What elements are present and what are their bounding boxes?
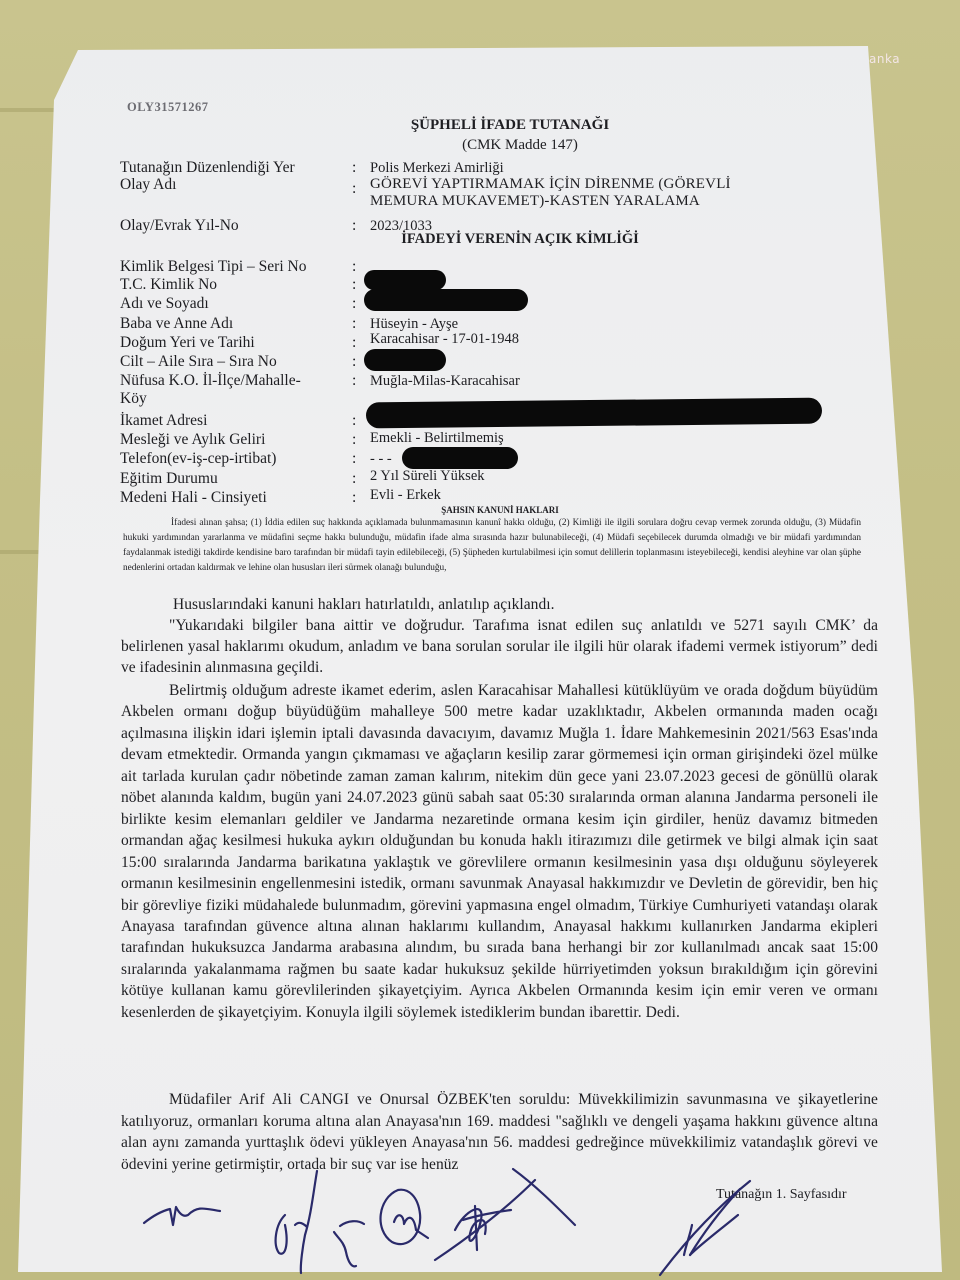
- paragraph: Müdafiler Arif Ali CANGI ve Onursal ÖZBE…: [121, 1089, 878, 1175]
- field-colon: :: [352, 315, 356, 333]
- field-value: Emekli - Belirtilmemiş: [370, 429, 504, 447]
- redaction-tc-number: [364, 270, 446, 290]
- field-label: Eğitim Durumu: [120, 470, 350, 488]
- field-value-continued: MEMURA MUKAVEMET)-KASTEN YARALAMA: [370, 192, 700, 210]
- field-value: - - -: [370, 450, 392, 468]
- field-colon: :: [352, 180, 356, 198]
- document-title: ŞÜPHELİ İFADE TUTANAĞI: [0, 117, 960, 134]
- signature-1: [140, 1185, 240, 1245]
- field-value: 2 Yıl Süreli Yüksek: [370, 467, 485, 485]
- redaction-address: [366, 398, 822, 429]
- signature-5: [505, 1165, 585, 1245]
- field-value: Evli - Erkek: [370, 486, 441, 504]
- field-colon: :: [352, 258, 356, 276]
- rights-title: ŞAHSIN KANUNİ HAKLARI: [0, 505, 960, 515]
- redaction-name: [364, 289, 528, 311]
- redaction-phone: [402, 447, 518, 469]
- field-label: Nüfusa K.O. İl-İlçe/Mahalle-: [120, 372, 350, 390]
- field-colon: :: [352, 412, 356, 430]
- field-colon: :: [352, 353, 356, 371]
- field-colon: :: [352, 159, 356, 177]
- field-colon: :: [352, 295, 356, 313]
- document-subtitle: (CMK Madde 147): [0, 137, 960, 154]
- signature-6: [650, 1175, 770, 1280]
- field-label-continued: Köy: [120, 390, 350, 408]
- field-value: Karacahisar - 17-01-1948: [370, 330, 519, 348]
- field-label: Telefon(ev-iş-cep-irtibat): [120, 450, 350, 468]
- field-value: GÖREVİ YAPTIRMAMAK İÇİN DİRENME (GÖREVLİ: [370, 175, 731, 193]
- field-label: Cilt – Aile Sıra – Sıra No: [120, 353, 350, 371]
- field-label: Baba ve Anne Adı: [120, 315, 350, 333]
- field-label: Adı ve Soyadı: [120, 295, 350, 313]
- identity-section-title: İFADEYİ VERENİN AÇIK KİMLİĞİ: [0, 231, 960, 248]
- document-number: OLY31571267: [127, 100, 208, 115]
- field-label: T.C. Kimlik No: [120, 276, 350, 294]
- paragraph: Belirtmiş olduğum adreste ikamet ederim,…: [121, 680, 878, 1023]
- field-label: Olay Adı: [120, 176, 350, 194]
- field-colon: :: [352, 450, 356, 468]
- field-label: Kimlik Belgesi Tipi – Seri No: [120, 258, 350, 276]
- field-label: Tutanağın Düzenlendiği Yer: [120, 159, 350, 177]
- field-label: Mesleği ve Aylık Geliri: [120, 431, 350, 449]
- redaction-registry: [364, 349, 446, 371]
- field-value: Muğla-Milas-Karacahisar: [370, 372, 520, 390]
- paragraph: Hususlarındaki kanuni hakları hatırlatıl…: [121, 594, 878, 615]
- field-colon: :: [352, 470, 356, 488]
- field-colon: :: [352, 276, 356, 294]
- field-label: İkamet Adresi: [120, 412, 350, 430]
- field-colon: :: [352, 334, 356, 352]
- field-colon: :: [352, 431, 356, 449]
- rights-text: İfadesi alınan şahsa; (1) İddia edilen s…: [123, 516, 861, 576]
- field-label: Doğum Yeri ve Tarihi: [120, 334, 350, 352]
- signature-2: [255, 1165, 325, 1275]
- paragraph: "Yukarıdaki bilgiler bana aittir ve doğr…: [121, 615, 878, 679]
- document-page: OLY31571267 ŞÜPHELİ İFADE TUTANAĞI (CMK …: [0, 0, 960, 1280]
- field-colon: :: [352, 372, 356, 390]
